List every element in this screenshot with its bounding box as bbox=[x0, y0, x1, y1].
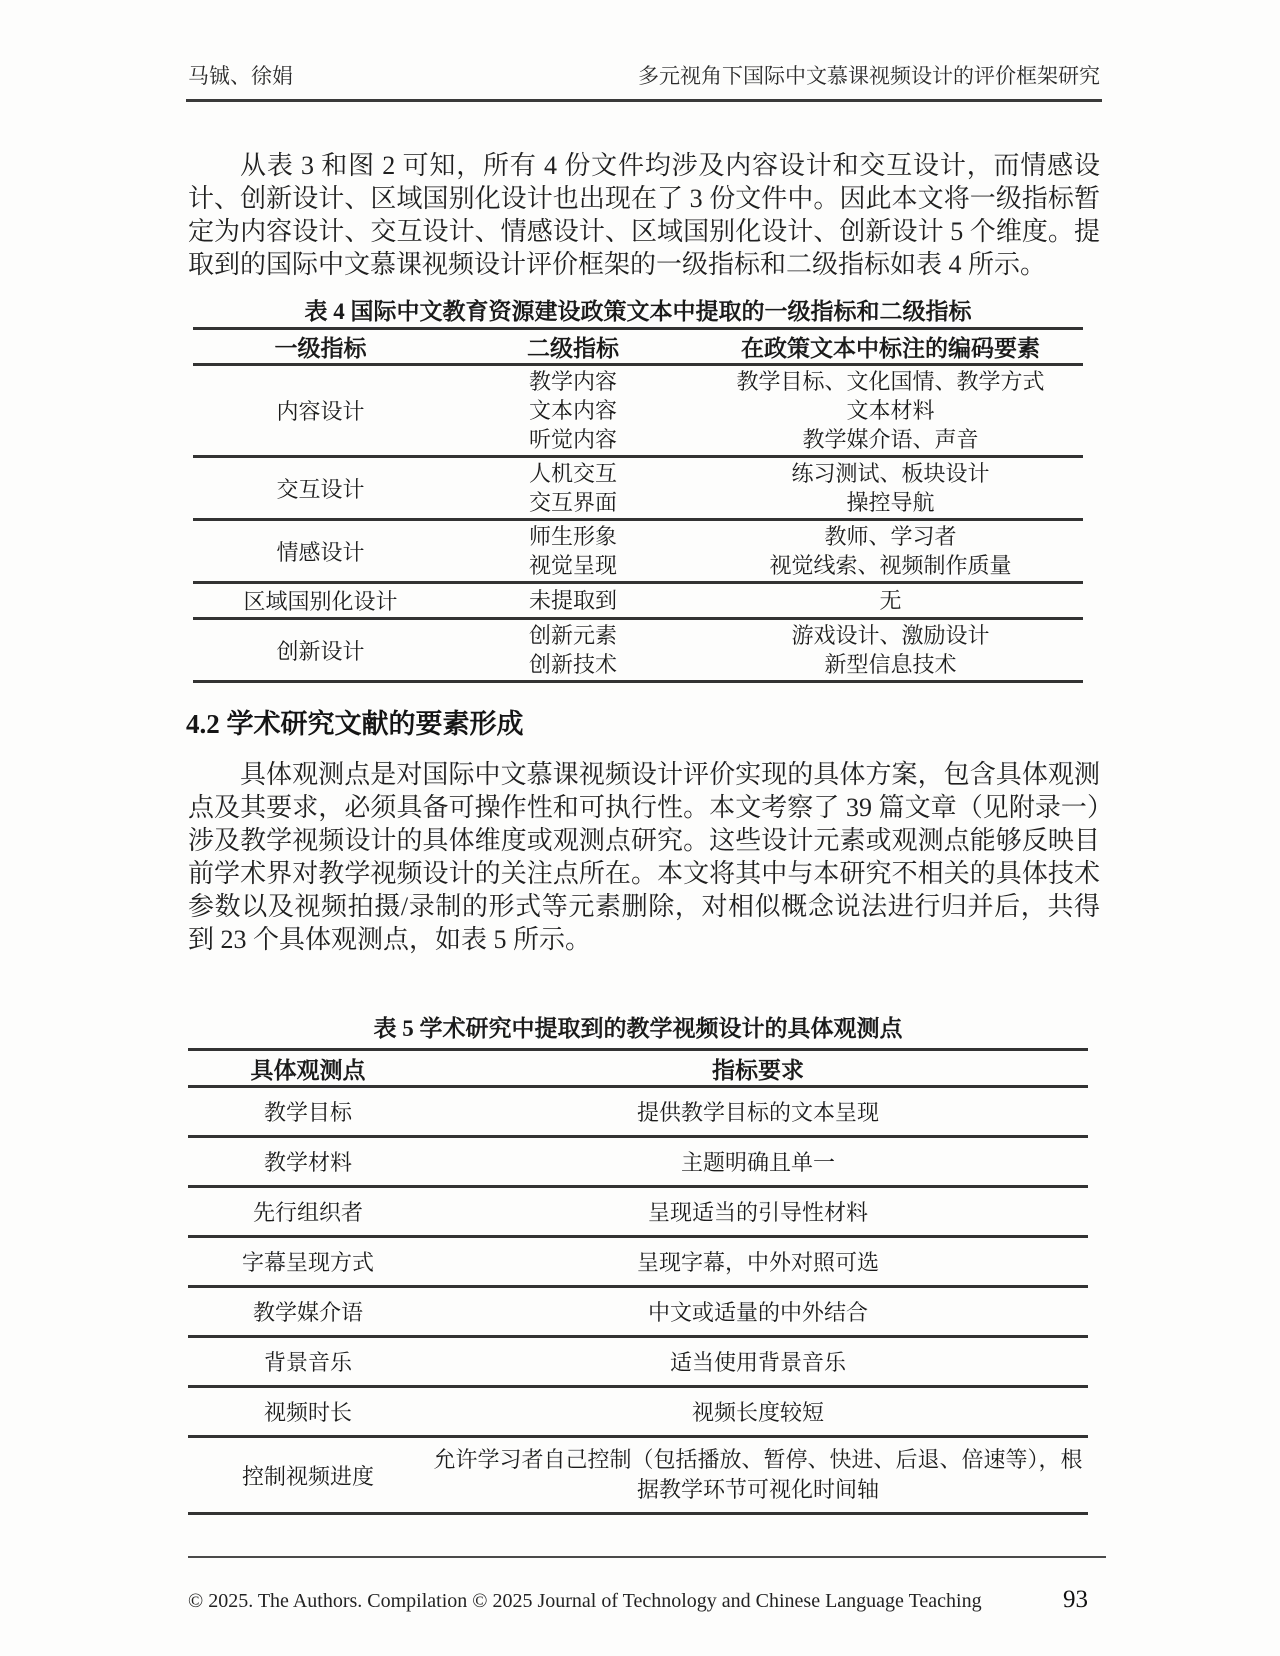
header-article-title: 多元视角下国际中文慕课视频设计的评价框架研究 bbox=[638, 60, 1100, 90]
table-row: 教学目标 提供教学目标的文本呈现 bbox=[188, 1088, 1088, 1138]
table4-sub-item: 练习测试、板块设计 bbox=[698, 459, 1083, 488]
table4-sub-item: 文本内容 bbox=[448, 396, 698, 425]
table5-header-observation: 具体观测点 bbox=[188, 1052, 428, 1085]
table4-elements-cell: 教师、学习者 视觉线索、视频制作质量 bbox=[698, 522, 1083, 580]
table4-sub-item: 视觉线索、视频制作质量 bbox=[698, 551, 1083, 580]
table4-group-interaction-design: 交互设计 人机交互 交互界面 练习测试、板块设计 操控导航 bbox=[193, 458, 1083, 521]
table4-level2-cell: 教学内容 文本内容 听觉内容 bbox=[448, 367, 698, 454]
table4-level2-cell: 未提取到 bbox=[448, 586, 698, 615]
table5: 具体观测点 指标要求 教学目标 提供教学目标的文本呈现 教学材料 主题明确且单一… bbox=[188, 1048, 1088, 1515]
table4-sub-item: 游戏设计、激励设计 bbox=[698, 621, 1083, 650]
observation-point-cell: 教学目标 bbox=[188, 1096, 428, 1127]
table4-header-level2: 二级指标 bbox=[448, 330, 698, 363]
table4-level1-cell: 区域国别化设计 bbox=[193, 585, 448, 616]
section-heading: 4.2 学术研究文献的要素形成 bbox=[186, 702, 524, 741]
header-authors: 马铖、徐娟 bbox=[188, 60, 293, 90]
paragraph-1: 从表 3 和图 2 可知，所有 4 份文件均涉及内容设计和交互设计，而情感设计、… bbox=[188, 149, 1100, 281]
table4-sub-item: 教学目标、文化国情、教学方式 bbox=[698, 367, 1083, 396]
table4-sub-item: 创新技术 bbox=[448, 650, 698, 679]
table-row: 字幕呈现方式 呈现字幕，中外对照可选 bbox=[188, 1238, 1088, 1288]
table4-level2-cell: 师生形象 视觉呈现 bbox=[448, 522, 698, 580]
table4-group-content-design: 内容设计 教学内容 文本内容 听觉内容 教学目标、文化国情、教学方式 文本材料 … bbox=[193, 366, 1083, 458]
table4-group-innovation-design: 创新设计 创新元素 创新技术 游戏设计、激励设计 新型信息技术 bbox=[193, 620, 1083, 683]
table4-header-level1: 一级指标 bbox=[193, 330, 448, 363]
observation-point-cell: 教学媒介语 bbox=[188, 1296, 428, 1327]
table-row: 背景音乐 适当使用背景音乐 bbox=[188, 1338, 1088, 1388]
table5-caption: 表 5 学术研究中提取到的教学视频设计的具体观测点 bbox=[188, 1010, 1088, 1043]
table4-sub-item: 人机交互 bbox=[448, 459, 698, 488]
observation-point-cell: 字幕呈现方式 bbox=[188, 1246, 428, 1277]
table4-sub-item: 听觉内容 bbox=[448, 425, 698, 454]
table4-level2-cell: 创新元素 创新技术 bbox=[448, 621, 698, 679]
page-footer: © 2025. The Authors. Compilation © 2025 … bbox=[188, 1586, 1088, 1614]
table-row: 教学媒介语 中文或适量的中外结合 bbox=[188, 1288, 1088, 1338]
requirement-cell: 呈现适当的引导性材料 bbox=[428, 1196, 1088, 1227]
table-row: 控制视频进度 允许学习者自己控制（包括播放、暂停、快进、后退、倍速等），根据教学… bbox=[188, 1438, 1088, 1515]
table4-sub-item: 视觉呈现 bbox=[448, 551, 698, 580]
table4-sub-item: 教学媒介语、声音 bbox=[698, 425, 1083, 454]
table4-level1-cell: 交互设计 bbox=[193, 473, 448, 504]
table-row: 教学材料 主题明确且单一 bbox=[188, 1138, 1088, 1188]
table-row: 视频时长 视频长度较短 bbox=[188, 1388, 1088, 1438]
table4-caption: 表 4 国际中文教育资源建设政策文本中提取的一级指标和二级指标 bbox=[188, 293, 1088, 326]
table4-header-elements: 在政策文本中标注的编码要素 bbox=[698, 330, 1083, 363]
table4-sub-item: 操控导航 bbox=[698, 488, 1083, 517]
table4-sub-item: 师生形象 bbox=[448, 522, 698, 551]
observation-point-cell: 教学材料 bbox=[188, 1146, 428, 1177]
requirement-cell: 主题明确且单一 bbox=[428, 1146, 1088, 1177]
table4-elements-cell: 练习测试、板块设计 操控导航 bbox=[698, 459, 1083, 517]
observation-point-cell: 先行组织者 bbox=[188, 1196, 428, 1227]
requirement-cell: 中文或适量的中外结合 bbox=[428, 1296, 1088, 1327]
table4-group-regional-design: 区域国别化设计 未提取到 无 bbox=[193, 584, 1083, 620]
table4-level1-cell: 情感设计 bbox=[193, 536, 448, 567]
requirement-cell: 适当使用背景音乐 bbox=[428, 1346, 1088, 1377]
requirement-cell: 呈现字幕，中外对照可选 bbox=[428, 1246, 1088, 1277]
table4-level1-cell: 内容设计 bbox=[193, 395, 448, 426]
table4-level2-cell: 人机交互 交互界面 bbox=[448, 459, 698, 517]
table4-elements-cell: 教学目标、文化国情、教学方式 文本材料 教学媒介语、声音 bbox=[698, 367, 1083, 454]
table5-header-requirement: 指标要求 bbox=[428, 1052, 1088, 1085]
header-rule bbox=[186, 99, 1102, 102]
observation-point-cell: 视频时长 bbox=[188, 1396, 428, 1427]
table4-group-emotion-design: 情感设计 师生形象 视觉呈现 教师、学习者 视觉线索、视频制作质量 bbox=[193, 521, 1083, 584]
table4-sub-item: 新型信息技术 bbox=[698, 650, 1083, 679]
table4-elements-cell: 无 bbox=[698, 586, 1083, 615]
table4-sub-item: 创新元素 bbox=[448, 621, 698, 650]
running-header: 马铖、徐娟 多元视角下国际中文慕课视频设计的评价框架研究 bbox=[188, 60, 1100, 90]
table4-sub-item: 未提取到 bbox=[448, 586, 698, 615]
paper-page: 马铖、徐娟 多元视角下国际中文慕课视频设计的评价框架研究 从表 3 和图 2 可… bbox=[0, 0, 1280, 1656]
table4-sub-item: 教师、学习者 bbox=[698, 522, 1083, 551]
requirement-cell: 允许学习者自己控制（包括播放、暂停、快进、后退、倍速等），根据教学环节可视化时间… bbox=[428, 1445, 1088, 1505]
footer-copyright: © 2025. The Authors. Compilation © 2025 … bbox=[188, 1590, 982, 1613]
footer-rule bbox=[188, 1556, 1106, 1558]
table4-sub-item: 无 bbox=[698, 586, 1083, 615]
table4-sub-item: 文本材料 bbox=[698, 396, 1083, 425]
observation-point-cell: 控制视频进度 bbox=[188, 1460, 428, 1491]
table4-header-row: 一级指标 二级指标 在政策文本中标注的编码要素 bbox=[193, 327, 1083, 366]
table4-level1-cell: 创新设计 bbox=[193, 635, 448, 666]
paragraph-2: 具体观测点是对国际中文慕课视频设计评价实现的具体方案，包含具体观测点及其要求，必… bbox=[188, 758, 1100, 956]
table4-elements-cell: 游戏设计、激励设计 新型信息技术 bbox=[698, 621, 1083, 679]
requirement-cell: 视频长度较短 bbox=[428, 1396, 1088, 1427]
table5-header-row: 具体观测点 指标要求 bbox=[188, 1048, 1088, 1088]
footer-page-number: 93 bbox=[1063, 1586, 1088, 1614]
table-row: 先行组织者 呈现适当的引导性材料 bbox=[188, 1188, 1088, 1238]
table4-sub-item: 教学内容 bbox=[448, 367, 698, 396]
table4: 一级指标 二级指标 在政策文本中标注的编码要素 内容设计 教学内容 文本内容 听… bbox=[193, 327, 1083, 683]
table4-sub-item: 交互界面 bbox=[448, 488, 698, 517]
requirement-cell: 提供教学目标的文本呈现 bbox=[428, 1096, 1088, 1127]
observation-point-cell: 背景音乐 bbox=[188, 1346, 428, 1377]
